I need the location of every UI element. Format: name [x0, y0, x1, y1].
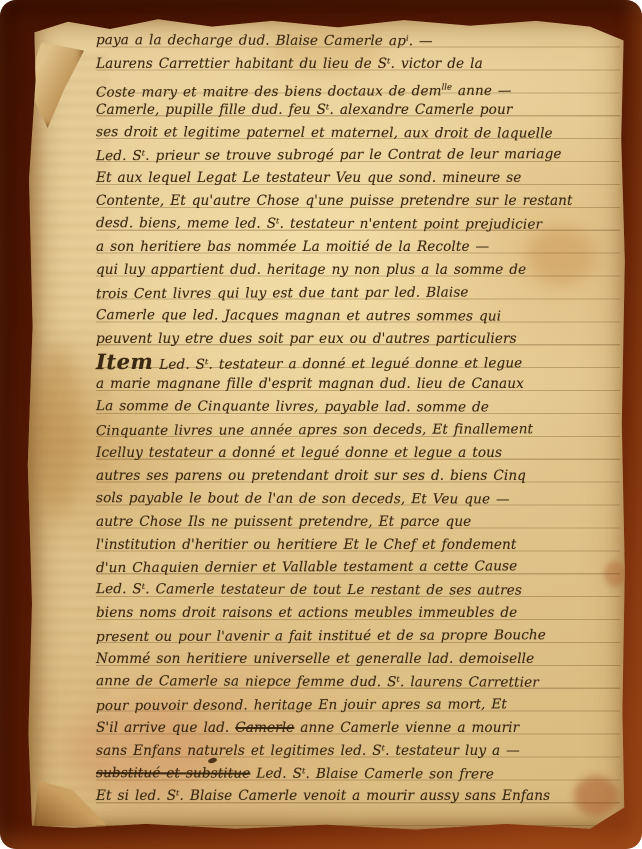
manuscript-line: pour pouvoir desond. heritage En jouir a… [96, 693, 620, 718]
manuscript-line: Camerle que led. Jacques magnan et autre… [96, 304, 620, 329]
handwritten-text: l'institution d'heritier ou heritiere Et… [96, 537, 516, 553]
manuscript-line: autre Chose Ils ne puissent pretendre, E… [96, 511, 620, 534]
parchment-page: paya a la decharge dud. Blaise Camerle a… [26, 16, 626, 832]
handwritten-text: desd. biens, meme led. Sᵗ. testateur n'e… [96, 215, 542, 233]
handwritten-text: Led. Sᵗ. Camerle testateur de tout Le re… [96, 581, 522, 598]
handwritten-text: lle [442, 81, 452, 91]
handwritten-text: Cinquante livres une année apres son dec… [96, 421, 533, 439]
struck-text: substitué et substitue [96, 765, 250, 782]
handwritten-text: anne — [452, 83, 512, 99]
manuscript-line: Led. Sᵗ. prieur se trouve subrogé par le… [96, 143, 620, 168]
handwritten-text: Led. Sᵗ. testateur a donné et legué donn… [153, 356, 522, 374]
manuscript-line: a marie magnane fille d'esprit magnan du… [96, 373, 620, 396]
handwritten-text: Icelluy testateur a donné et legué donne… [96, 445, 502, 461]
manuscript-line: autres ses parens ou pretendant droit su… [96, 465, 620, 488]
struck-text: Camerle [235, 720, 294, 736]
handwritten-text: Et si led. Sᵗ. Blaise Camerle venoit a m… [96, 788, 550, 804]
manuscript-line: Et si led. Sᵗ. Blaise Camerle venoit a m… [96, 785, 620, 808]
manuscript-line: La somme de Cinquante livres, payable la… [96, 395, 620, 420]
manuscript-line: peuvent luy etre dues soit par eux ou d'… [96, 328, 620, 351]
manuscript-line: sans Enfans naturels et legitimes led. S… [96, 740, 620, 763]
handwritten-text: peuvent luy etre dues soit par eux ou d'… [96, 331, 517, 347]
photo-frame-border: paya a la decharge dud. Blaise Camerle a… [0, 0, 642, 849]
handwritten-text: paya a la decharge dud. Blaise Camerle a… [96, 32, 433, 49]
handwritten-text: a marie magnane fille d'esprit magnan du… [96, 376, 524, 392]
handwritten-text: Led. Sᵗ. Blaise Camerle son frere [250, 765, 494, 782]
manuscript-line: Item Led. Sᵗ. testateur a donné et legué… [96, 349, 620, 374]
handwritten-text: a son heritiere bas nommée La moitié de … [96, 239, 489, 255]
manuscript-line: Camerle, pupille fille dud. feu Sᵗ. alex… [96, 99, 620, 122]
manuscript-line: Nommé son heritiere universelle et gener… [96, 648, 620, 671]
handwritten-text: Et aux lequel Legat Le testateur Veu que… [96, 170, 521, 186]
handwritten-text: Nommé son heritiere universelle et gener… [96, 651, 534, 667]
handwritten-text: sols payable le bout de l'an de son dece… [96, 490, 510, 507]
handwritten-text: Item [96, 349, 153, 374]
handwritten-text: S'il arrive que lad. [96, 720, 235, 736]
handwritten-text: sans Enfans naturels et legitimes led. S… [96, 743, 520, 759]
handwritten-text: Contente, Et qu'autre Chose q'une puisse… [96, 193, 573, 209]
handwritten-text: Camerle que led. Jacques magnan et autre… [96, 307, 501, 324]
manuscript-line: Contente, Et qu'autre Chose q'une puisse… [96, 190, 620, 213]
manuscript-line: Cinquante livres une année apres son dec… [96, 418, 620, 443]
manuscript-line: a son heritiere bas nommée La moitié de … [96, 236, 620, 259]
manuscript-line: l'institution d'heritier ou heritiere Et… [96, 534, 620, 557]
manuscript-line: d'un Chaquien dernier et Vallable testam… [96, 555, 620, 580]
handwritten-text: d'un Chaquien dernier et Vallable testam… [96, 559, 517, 577]
scanned-document-photo: paya a la decharge dud. Blaise Camerle a… [0, 0, 642, 849]
manuscript-line: Icelluy testateur a donné et legué donne… [96, 442, 620, 465]
manuscript-line: Et aux lequel Legat Le testateur Veu que… [96, 167, 620, 190]
handwritten-text: Led. Sᵗ. prieur se trouve subrogé par le… [96, 147, 562, 165]
manuscript-line: S'il arrive que lad. Camerle anne Camerl… [96, 717, 620, 740]
handwritten-text: Camerle, pupille fille dud. feu Sᵗ. alex… [96, 102, 512, 118]
manuscript-line: Coste mary et maitre des biens doctaux d… [96, 75, 620, 100]
manuscript-line: ses droit et legitime paternel et matern… [96, 121, 620, 146]
handwritten-text: anne de Camerle sa niepce femme dud. Sᵗ.… [96, 673, 539, 691]
manuscript-line: Led. Sᵗ. Camerle testateur de tout Le re… [96, 578, 620, 603]
manuscript-line: biens noms droit raisons et actions meub… [96, 602, 620, 625]
handwritten-text: qui luy appartient dud. heritage ny non … [96, 262, 526, 278]
handwritten-text: La somme de Cinquante livres, payable la… [96, 398, 489, 415]
handwritten-text: ses droit et legitime paternel et matern… [96, 124, 553, 142]
handwritten-text: pour pouvoir desond. heritage En jouir a… [96, 696, 507, 714]
manuscript-line: present ou pour l'avenir a fait institué… [96, 624, 620, 649]
handwritten-text: Coste mary et maitre des biens doctaux d… [96, 83, 442, 101]
manuscript-lines: paya a la decharge dud. Blaise Camerle a… [96, 30, 620, 826]
manuscript-line: qui luy appartient dud. heritage ny non … [96, 259, 620, 282]
manuscript-line: anne de Camerle sa niepce femme dud. Sᵗ.… [96, 670, 620, 695]
manuscript-line: paya a la decharge dud. Blaise Camerle a… [96, 29, 620, 54]
handwritten-text: Laurens Carrettier habitant du lieu de S… [96, 56, 483, 72]
handwritten-text: anne Camerle vienne a mourir [294, 720, 519, 736]
manuscript-line: trois Cent livres qui luy est due tant p… [96, 281, 620, 306]
handwritten-text: trois Cent livres qui luy est due tant p… [96, 284, 469, 302]
handwritten-text: present ou pour l'avenir a fait institué… [96, 627, 546, 645]
manuscript-line: desd. biens, meme led. Sᵗ. testateur n'e… [96, 212, 620, 237]
manuscript-line: sols payable le bout de l'an de son dece… [96, 487, 620, 512]
manuscript-line: Laurens Carrettier habitant du lieu de S… [96, 53, 620, 76]
handwritten-text: autre Chose Ils ne puissent pretendre, E… [96, 514, 471, 530]
handwritten-text: autres ses parens ou pretendant droit su… [96, 468, 526, 484]
handwritten-text: biens noms droit raisons et actions meub… [96, 605, 517, 621]
manuscript-line: substitué et substitue Led. Sᵗ. Blaise C… [96, 762, 620, 787]
